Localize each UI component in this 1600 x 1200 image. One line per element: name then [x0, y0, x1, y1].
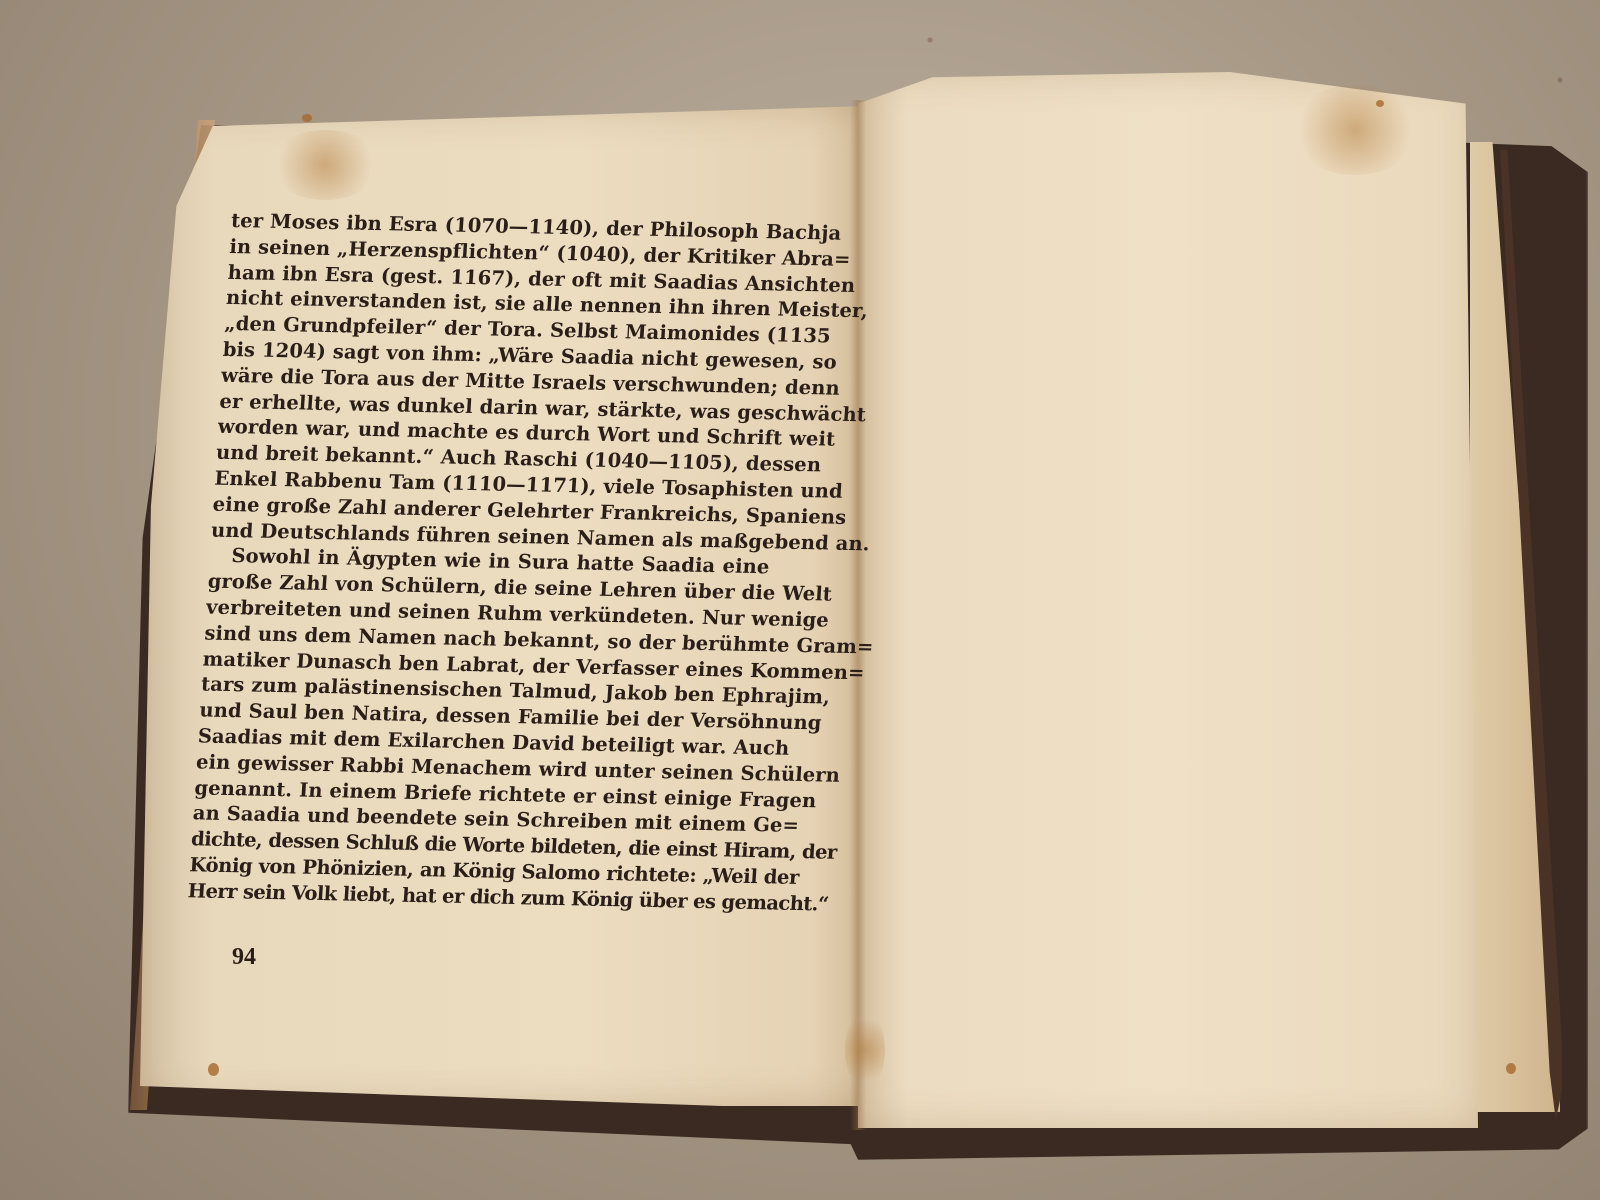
- foxing-spot: [1506, 1063, 1516, 1074]
- foxing-spot: [1376, 100, 1384, 107]
- stain: [845, 1010, 885, 1090]
- book-gutter: [850, 100, 866, 1130]
- right-page: [858, 72, 1478, 1128]
- foxing-spot: [302, 114, 312, 122]
- stain: [270, 130, 380, 200]
- page-number: 94: [232, 944, 256, 971]
- foxing-spot: [208, 1063, 219, 1076]
- stain: [1290, 85, 1420, 175]
- left-page-text: ter Moses ibn Esra (1070—1140), der Phil…: [187, 208, 792, 915]
